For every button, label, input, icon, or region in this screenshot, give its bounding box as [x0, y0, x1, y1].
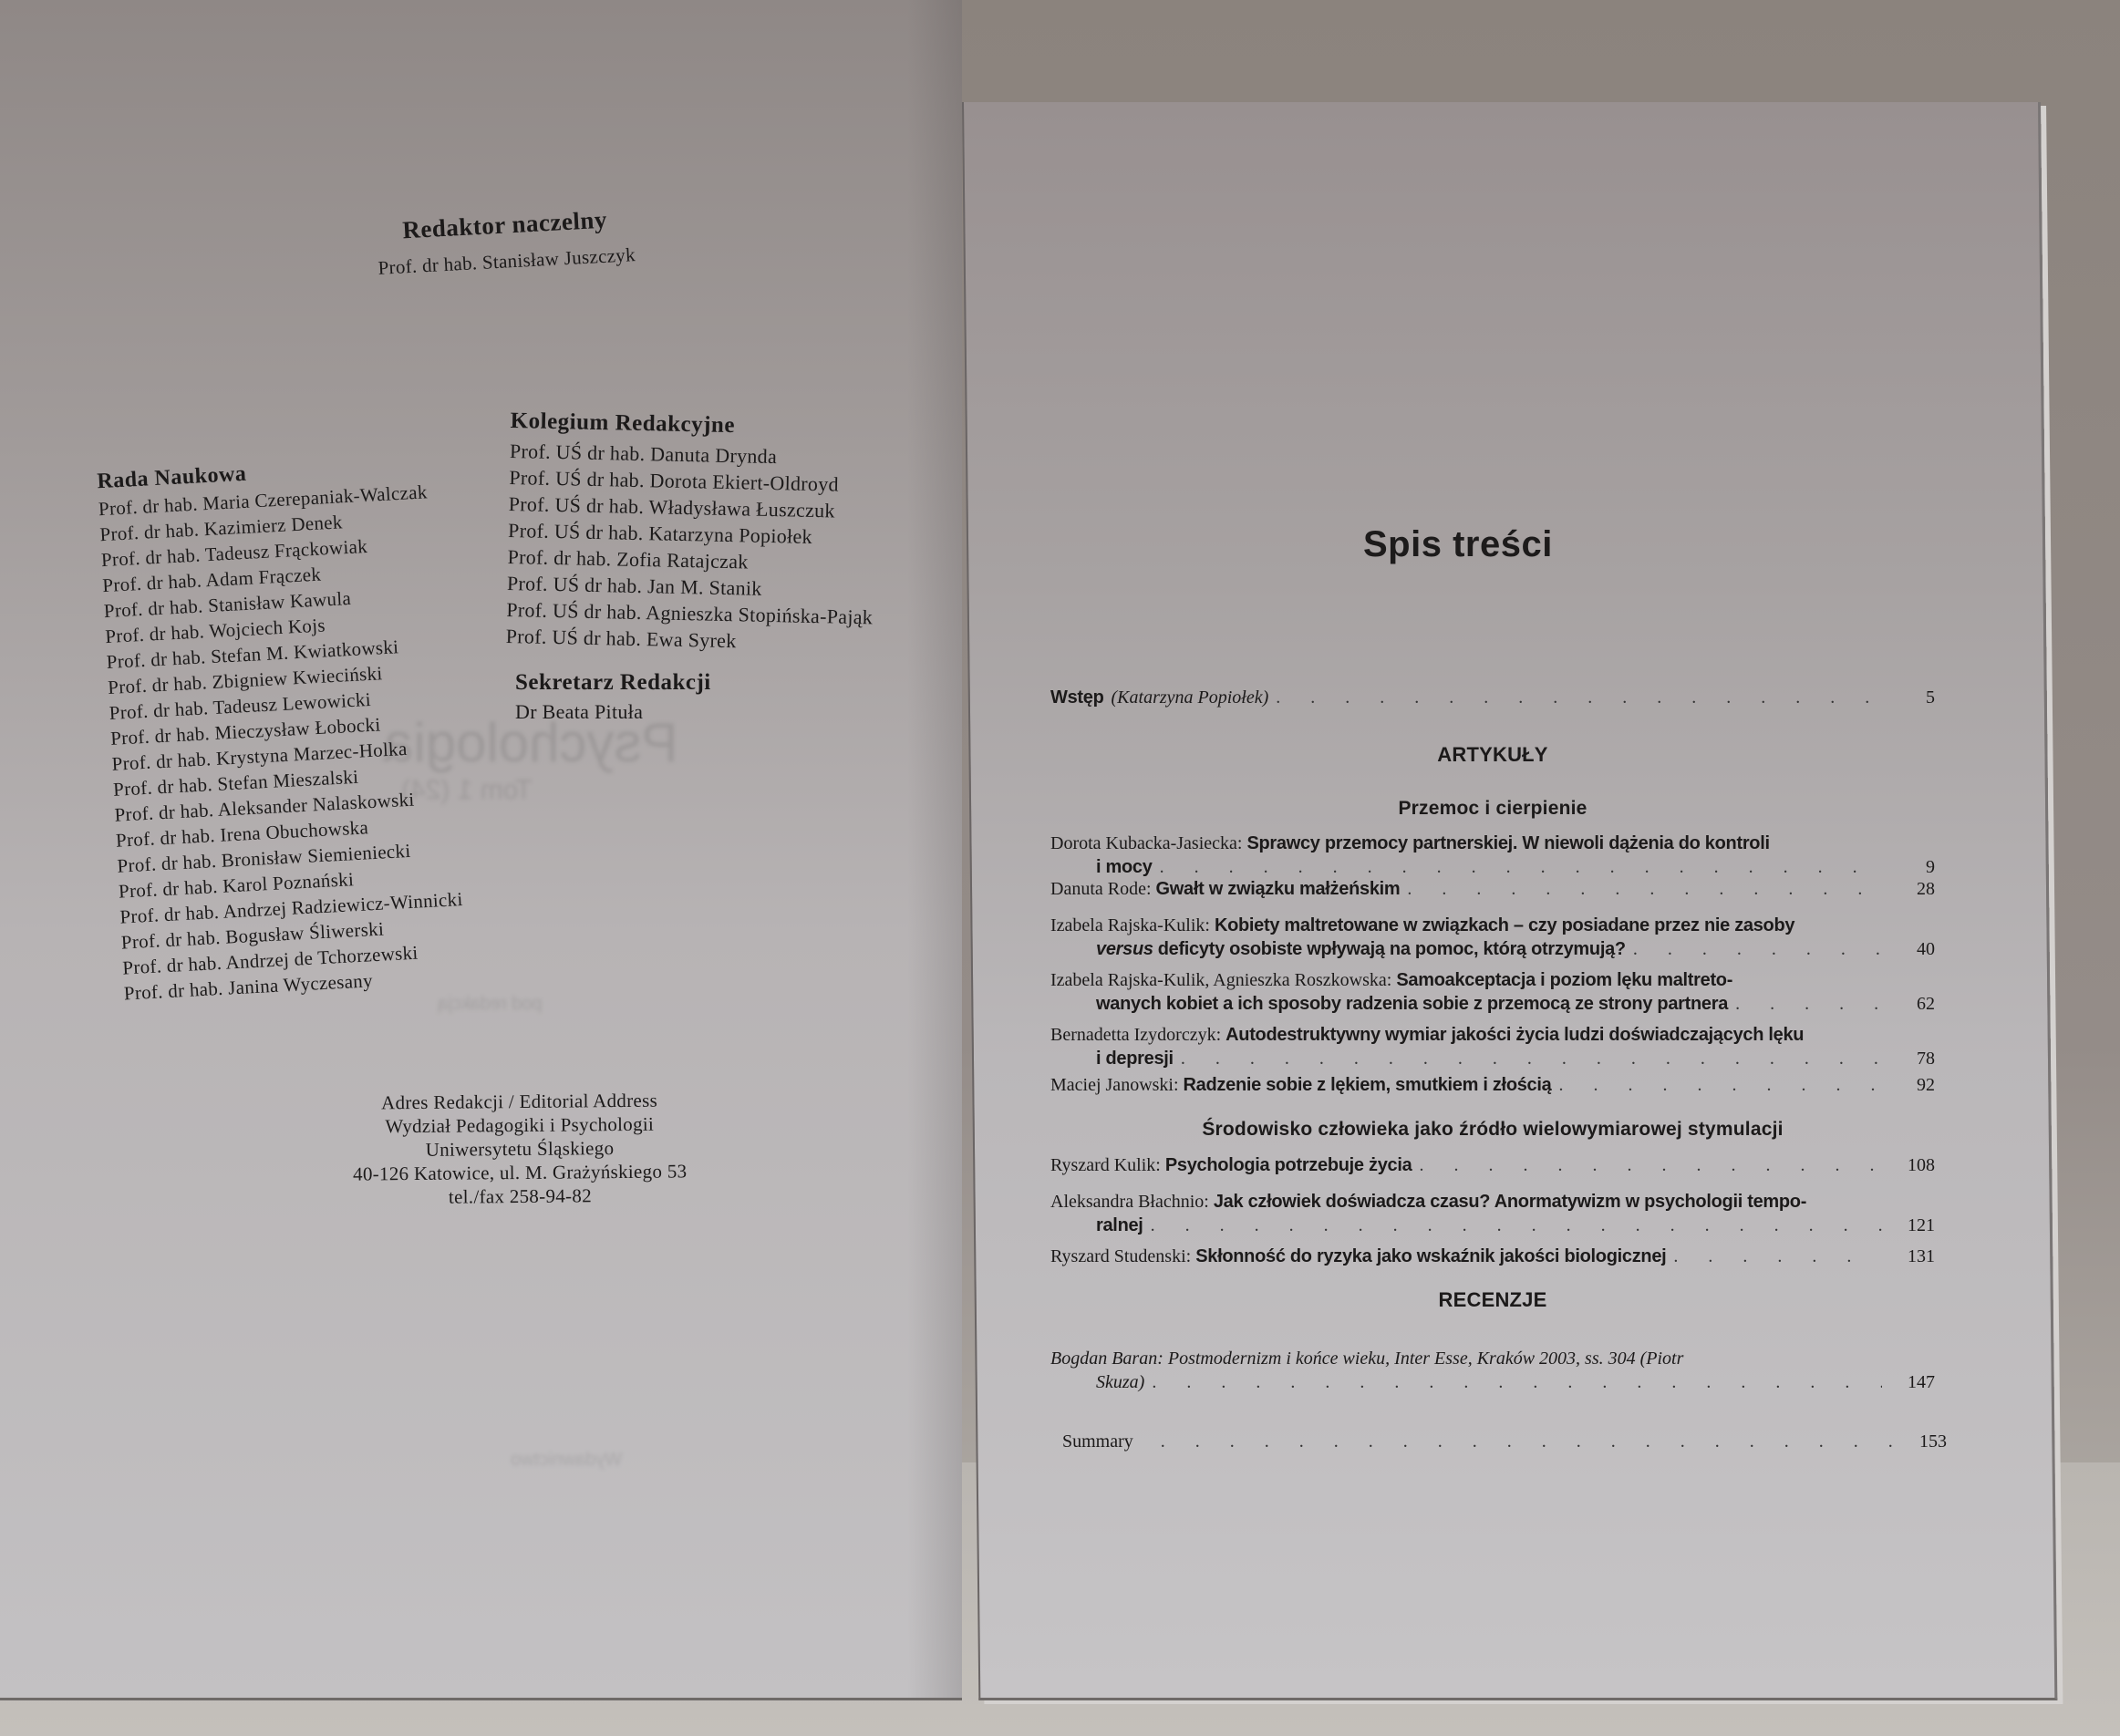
page-number: 153 — [1901, 1430, 1947, 1453]
editorial-board: Kolegium Redakcyjne Prof. UŚ dr hab. Dan… — [505, 408, 876, 656]
page-number: 121 — [1889, 1214, 1935, 1237]
toc-entry[interactable]: Ryszard Kulik: Psychologia potrzebuje ży… — [1050, 1153, 1935, 1177]
editorial-board-list: Prof. UŚ dr hab. Danuta DryndaProf. UŚ d… — [505, 438, 876, 656]
reviews-heading: RECENZJE — [1050, 1288, 1935, 1312]
entry-title: Jak człowiek doświadcza czasu? Anormatyw… — [1214, 1190, 1806, 1214]
page-number: 108 — [1889, 1153, 1935, 1177]
entry-author: Izabela Rajska-Kulik, Agnieszka Roszkows… — [1050, 968, 1391, 992]
entry-author: Bernadetta Izydorczyk: — [1050, 1023, 1221, 1047]
leader-dots — [1161, 1430, 1894, 1453]
entry-author: Maciej Janowski: — [1050, 1073, 1179, 1097]
entry-title: Samoakceptacja i poziom lęku maltreto- — [1396, 968, 1732, 992]
entry-title: Skłonność do ryzyka jako wskaźnik jakośc… — [1195, 1245, 1666, 1268]
scientific-board-list: Prof. dr hab. Maria Czerepaniak-WalczakP… — [98, 479, 467, 1007]
scientific-board: Rada Naukowa Prof. dr hab. Maria Czerepa… — [97, 452, 468, 1007]
editor-heading: Redaktor naczelny — [376, 204, 635, 246]
show-through-logo: Wydawnictwo — [511, 1450, 622, 1471]
leader-dots — [1407, 877, 1882, 901]
address-line: tel./fax 258-94-82 — [319, 1183, 720, 1210]
entry-title: Gwałt w związku małżeńskim — [1156, 877, 1401, 901]
entry-title-cont: i mocy — [1096, 855, 1153, 879]
page-number: 147 — [1889, 1370, 1935, 1394]
leader-dots — [1558, 1073, 1882, 1097]
toc-entry[interactable]: Dorota Kubacka-Jasiecka: Sprawcy przemoc… — [1050, 832, 1935, 879]
leader-dots — [1160, 855, 1882, 879]
entry-author: Ryszard Kulik: — [1050, 1153, 1161, 1177]
leader-dots — [1181, 1047, 1882, 1070]
address-line: 40-126 Katowice, ul. M. Grażyńskiego 53 — [319, 1159, 720, 1186]
toc-entry[interactable]: Izabela Rajska-Kulik: Kobiety maltretowa… — [1050, 914, 1935, 961]
entry-author: Danuta Rode: — [1050, 877, 1152, 901]
entry-author: Izabela Rajska-Kulik: — [1050, 914, 1210, 937]
toc-entry[interactable]: Izabela Rajska-Kulik, Agnieszka Roszkows… — [1050, 968, 1935, 1016]
toc-entry[interactable]: Maciej Janowski: Radzenie sobie z lękiem… — [1050, 1073, 1935, 1097]
summary-label: Summary — [1062, 1430, 1133, 1453]
page-number: 5 — [1889, 686, 1935, 709]
toc-title: Spis treści — [1363, 524, 1553, 565]
page-number: 131 — [1889, 1245, 1935, 1268]
leader-dots — [1419, 1153, 1882, 1177]
page-number: 92 — [1889, 1073, 1935, 1097]
right-page — [962, 102, 2057, 1700]
leader-dots — [1735, 992, 1882, 1016]
entry-title: Autodestruktywny wymiar jakości życia lu… — [1225, 1023, 1804, 1047]
page-number: 9 — [1889, 855, 1935, 879]
entry-title: Kobiety maltretowane w związkach – czy p… — [1215, 914, 1794, 937]
entry-title-cont: deficyty osobiste wpływają na pomoc, któ… — [1158, 937, 1626, 961]
toc-entry-intro[interactable]: Wstęp (Katarzyna Popiołek) 5 — [1050, 686, 1935, 709]
review-line1: Bogdan Baran: Postmodernizm i końce wiek… — [1050, 1347, 1683, 1370]
intro-label: Wstęp — [1050, 686, 1104, 709]
intro-author: (Katarzyna Popiołek) — [1112, 686, 1269, 709]
leader-dots — [1151, 1214, 1882, 1237]
editor-name: Prof. dr hab. Stanisław Juszczyk — [377, 242, 636, 281]
entry-title-italic: versus — [1096, 937, 1153, 961]
review-line2: Skuza) — [1096, 1370, 1144, 1394]
section-heading: Środowisko człowieka jako źródło wielowy… — [1050, 1119, 1935, 1141]
leader-dots — [1673, 1245, 1882, 1268]
secretary-name: Dr Beata Pituła — [515, 699, 711, 725]
secretary-block: Sekretarz Redakcji Dr Beata Pituła — [515, 670, 711, 725]
entry-title: Radzenie sobie z lękiem, smutkiem i złoś… — [1184, 1073, 1552, 1097]
address-line: Wydział Pedagogiki i Psychologii — [319, 1111, 720, 1139]
entry-title: Sprawcy przemocy partnerskiej. W niewoli… — [1246, 832, 1769, 855]
leader-dots — [1276, 686, 1882, 709]
page-number: 28 — [1889, 877, 1935, 901]
toc-entry[interactable]: Aleksandra Błachnio: Jak człowiek doświa… — [1050, 1190, 1935, 1237]
toc-entry[interactable]: Bernadetta Izydorczyk: Autodestruktywny … — [1050, 1023, 1935, 1070]
address-line: Uniwersytetu Śląskiego — [319, 1135, 720, 1162]
toc-entry[interactable]: Ryszard Studenski: Skłonność do ryzyka j… — [1050, 1245, 1935, 1268]
entry-author: Aleksandra Błachnio: — [1050, 1190, 1209, 1214]
toc-entry[interactable]: Danuta Rode: Gwałt w związku małżeńskim2… — [1050, 877, 1935, 901]
section-heading: Przemoc i cierpienie — [1050, 798, 1935, 820]
toc-entry-review[interactable]: Bogdan Baran: Postmodernizm i końce wiek… — [1050, 1347, 1935, 1394]
page-number: 62 — [1889, 992, 1935, 1016]
entry-author: Ryszard Studenski: — [1050, 1245, 1191, 1268]
leader-dots — [1152, 1370, 1882, 1394]
entry-title: Psychologia potrzebuje życia — [1165, 1153, 1412, 1177]
editor-in-chief-block: Redaktor naczelny Prof. dr hab. Stanisła… — [376, 204, 636, 281]
page-number: 78 — [1889, 1047, 1935, 1070]
entry-author: Dorota Kubacka-Jasiecka: — [1050, 832, 1242, 855]
left-page: Psychologia Tom 1 (24) pod redakcją Wyda… — [0, 0, 962, 1700]
address-line: Adres Redakcji / Editorial Address — [318, 1088, 719, 1115]
page-number: 40 — [1889, 937, 1935, 961]
entry-title-cont: i depresji — [1096, 1047, 1174, 1070]
leader-dots — [1633, 937, 1882, 961]
editorial-address: Adres Redakcji / Editorial Address Wydzi… — [318, 1088, 720, 1210]
secretary-heading: Sekretarz Redakcji — [515, 670, 711, 696]
entry-title-cont: wanych kobiet a ich sposoby radzenia sob… — [1096, 992, 1728, 1016]
articles-heading: ARTYKUŁY — [1050, 743, 1935, 767]
toc-entry-summary[interactable]: Summary 153 — [1062, 1430, 1947, 1453]
entry-title-cont: ralnej — [1096, 1214, 1143, 1237]
